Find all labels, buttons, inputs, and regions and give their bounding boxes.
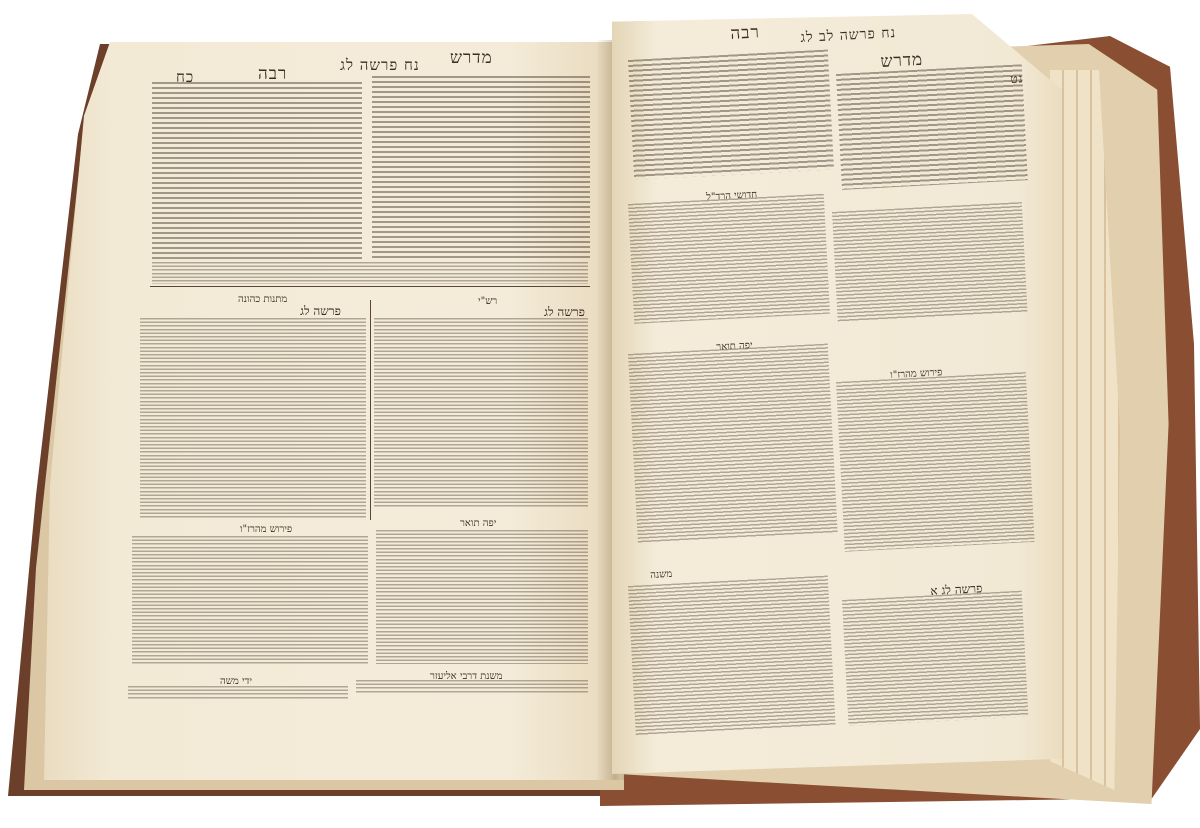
- heading-mishnah: משנה: [650, 569, 673, 581]
- left-running-head-midrash: מדרש: [450, 48, 493, 68]
- rashi-text: [374, 318, 588, 508]
- yedei-moshe-text: [128, 686, 348, 700]
- radal-text: [628, 194, 830, 324]
- matnot-kehunah-text: [140, 318, 366, 518]
- heading-yefeh-toar: יפה תואר: [460, 518, 496, 529]
- heading-matnot-kehunah: מתנות כהונה: [238, 294, 287, 305]
- left-running-head-parsha: נח פרשה לג: [340, 56, 420, 75]
- book-photo: מדרש נח פרשה לג רבה כח מתנות כהונה פרשה …: [0, 0, 1200, 828]
- left-footnote-strip: [152, 262, 588, 284]
- mishnah-text: [628, 576, 836, 736]
- heading-parsha-lg: פרשה לג: [300, 304, 341, 319]
- heading-peirush-maharzu: פירוש מהרז"ו: [240, 524, 292, 535]
- divider: [150, 286, 590, 287]
- heading-rashi-left: רש"י: [478, 296, 497, 307]
- yefeh-toar-right-text: [628, 344, 838, 544]
- right-running-head-rabbah: רבה: [730, 22, 760, 44]
- maharzu-text: [132, 536, 368, 664]
- left-main-text-col-left: [152, 82, 362, 260]
- right-running-head-midrash: מדרש: [880, 50, 924, 72]
- right-notes-text: [832, 202, 1027, 322]
- maharzu-right-text: [836, 372, 1035, 552]
- column-divider: [370, 300, 371, 520]
- right-main-text-col-right: [836, 64, 1028, 190]
- left-running-head-rabbah: רבה: [258, 64, 287, 84]
- mishnat-text: [356, 680, 588, 694]
- right-main-text-col-left: [628, 50, 834, 180]
- left-main-text-col-right: [372, 76, 590, 260]
- right-bottom-text: [842, 591, 1028, 726]
- yefeh-toar-text: [376, 530, 588, 664]
